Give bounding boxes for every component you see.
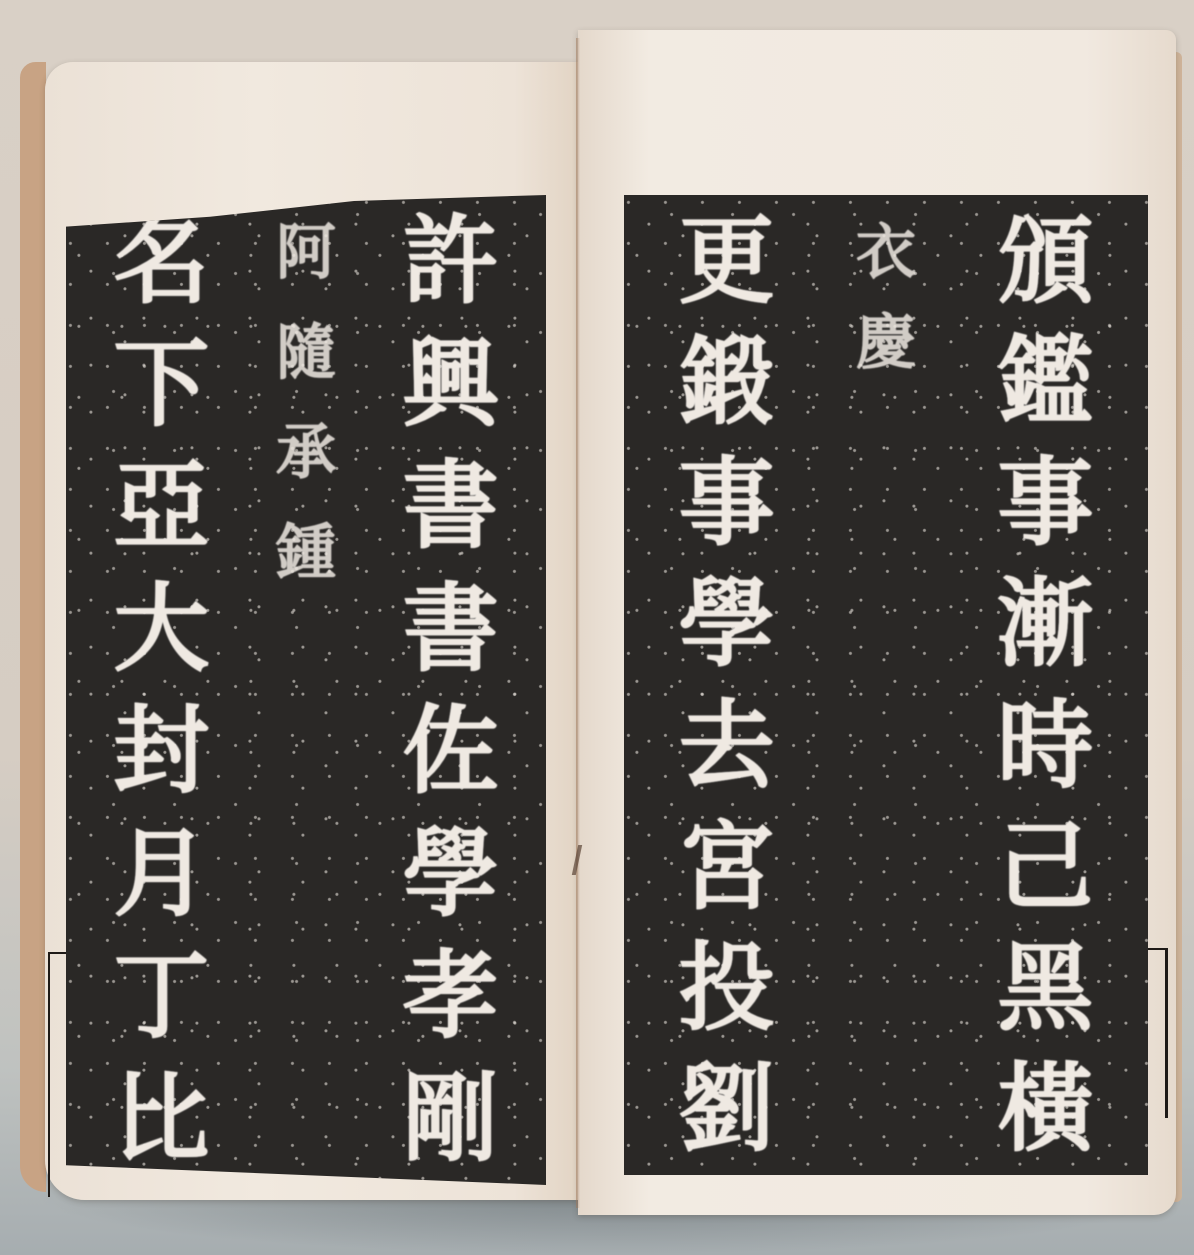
calligraphy-column: 更 鍛 事 學 去 宮 投 劉 <box>679 213 775 1157</box>
binding-thread <box>48 952 66 954</box>
calligraphy-char: 更 <box>679 213 775 309</box>
calligraphy-char: 黑 <box>997 940 1093 1036</box>
calligraphy-char: 阿 <box>276 223 336 283</box>
calligraphy-char: 鑑 <box>997 334 1093 430</box>
calligraphy-char: 漸 <box>997 576 1093 672</box>
calligraphy-char: 承 <box>276 423 336 483</box>
calligraphy-char: 己 <box>997 819 1093 915</box>
calligraphy-char: 大 <box>113 581 209 677</box>
calligraphy-char: 興 <box>403 336 499 432</box>
calligraphy-char: 去 <box>679 698 775 794</box>
right-rubbing-panel: 頒 鑑 事 漸 時 己 黑 橫 衣 慶 更 鍛 事 學 去 宮 投 劉 <box>624 195 1148 1175</box>
calligraphy-char: 時 <box>997 698 1093 794</box>
binding-thread <box>1165 948 1168 1118</box>
calligraphy-column: 阿 隨 承 鍾 <box>276 213 336 1177</box>
calligraphy-char: 比 <box>113 1071 209 1167</box>
calligraphy-char: 學 <box>403 826 499 922</box>
calligraphy-char: 許 <box>403 213 499 309</box>
left-rubbing-panel: 許 興 書 書 佐 學 孝 剛 阿 隨 承 鍾 名 下 亞 大 封 月 丁 比 <box>66 195 546 1185</box>
calligraphy-char: 月 <box>113 826 209 922</box>
calligraphy-char: 剛 <box>403 1071 499 1167</box>
book-cover-edge-left <box>20 62 46 1192</box>
calligraphy-char: 鍛 <box>679 334 775 430</box>
calligraphy-char: 衣 <box>856 223 916 283</box>
calligraphy-char: 亞 <box>113 458 209 554</box>
calligraphy-char: 學 <box>679 576 775 672</box>
calligraphy-char: 隨 <box>276 323 336 383</box>
calligraphy-char: 書 <box>403 581 499 677</box>
calligraphy-char: 丁 <box>113 948 209 1044</box>
calligraphy-char: 鍾 <box>276 523 336 583</box>
calligraphy-char: 宮 <box>679 819 775 915</box>
calligraphy-char: 封 <box>113 703 209 799</box>
calligraphy-char: 投 <box>679 940 775 1036</box>
binding-thread <box>48 952 50 1197</box>
calligraphy-char: 下 <box>113 336 209 432</box>
calligraphy-char: 慶 <box>856 313 916 373</box>
calligraphy-char: 劉 <box>679 1061 775 1157</box>
calligraphy-column: 許 興 書 書 佐 學 孝 剛 <box>403 213 499 1167</box>
calligraphy-char: 事 <box>679 455 775 551</box>
calligraphy-char: 頒 <box>997 213 1093 309</box>
book-gutter <box>576 38 580 1208</box>
calligraphy-char: 佐 <box>403 703 499 799</box>
calligraphy-char: 事 <box>997 455 1093 551</box>
calligraphy-column: 衣 慶 <box>856 213 916 1167</box>
calligraphy-char: 名 <box>113 213 209 309</box>
calligraphy-column: 頒 鑑 事 漸 時 己 黑 橫 <box>997 213 1093 1157</box>
calligraphy-column: 名 下 亞 大 封 月 丁 比 <box>113 213 209 1167</box>
calligraphy-char: 孝 <box>403 948 499 1044</box>
calligraphy-char: 書 <box>403 458 499 554</box>
calligraphy-char: 橫 <box>997 1061 1093 1157</box>
